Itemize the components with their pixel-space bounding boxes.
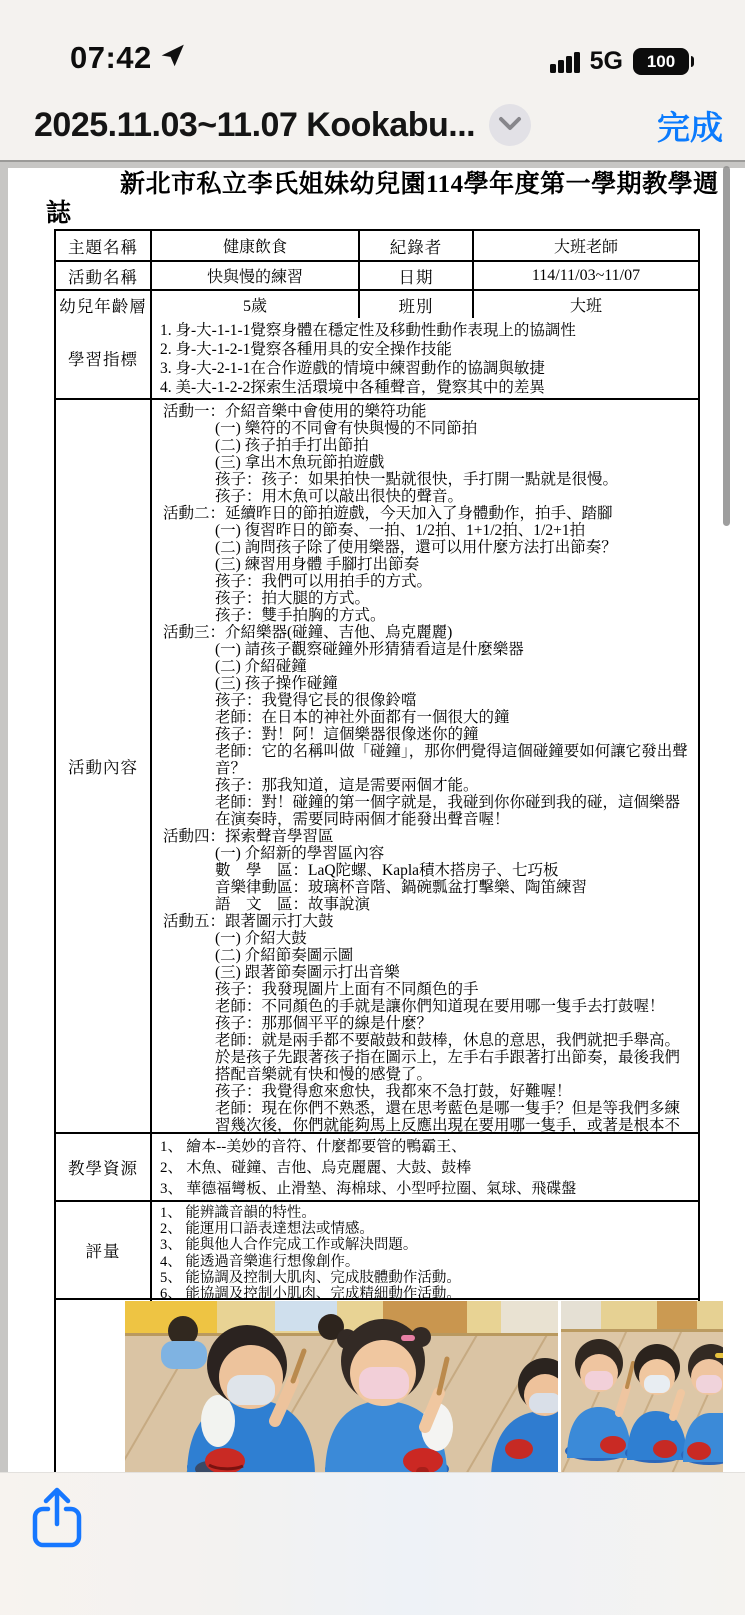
row-label: 主題名稱 [56, 231, 150, 260]
indicators-list: 1. 身-大-1-1-1覺察身體在穩定性及移動性動作表現上的協調性2. 身-大-… [150, 318, 698, 398]
content-line: 活動二：延續昨日的節拍遊戲，今天加入了身體動作，拍手、踏腳 [160, 505, 694, 522]
table-row: 幼兒年齡層 5歲 班別 大班 [56, 289, 698, 318]
content-line: (一) 樂符的不同會有快與慢的不同節拍 [160, 420, 694, 437]
content-line: 孩子：雙手拍胸的方式。 [160, 607, 694, 624]
row-label: 班別 [358, 291, 472, 318]
evaluation-item: 6、 能協調及控制小肌肉、完成精細動作活動。 [160, 1286, 694, 1298]
location-arrow-icon [160, 43, 186, 74]
content-line: 語 文 區：故事說演 [160, 896, 694, 913]
evaluation-item: 3、 能與他人合作完成工作或解決問題。 [160, 1237, 694, 1253]
content-line: 老師：不同顏色的手就是讓你們知道現在要用哪一隻手去打鼓喔！ [160, 998, 694, 1015]
battery-icon: 100 [633, 48, 689, 75]
content-line: 孩子：用木魚可以敲出很快的聲音。 [160, 488, 694, 505]
content-line: 數 學 區：LaQ陀螺、Kapla積木搭房子、七巧板 [160, 862, 694, 879]
content-line: 孩子：我覺得它長的很像鈴噹 [160, 692, 694, 709]
status-bar: 07:42 5G 100 [0, 0, 745, 90]
row-label: 活動名稱 [56, 262, 150, 289]
content-line: 老師：對！碰鐘的第一個字就是，我碰到你你碰到我的碰，這個樂器在演奏時，需要同時兩… [160, 794, 694, 828]
content-line: (二) 介紹碰鐘 [160, 658, 694, 675]
content-line: 活動五：跟著圖示打大鼓 [160, 913, 694, 930]
content-line: (三) 拿出木魚玩節拍遊戲 [160, 454, 694, 471]
done-button[interactable]: 完成 [647, 102, 733, 149]
content-line: 孩子：拍大腿的方式。 [160, 590, 694, 607]
activity-content-text: 活動一：介紹音樂中會使用的樂符功能(一) 樂符的不同會有快與慢的不同節拍(二) … [150, 400, 698, 1132]
resources-row: 教學資源 1、 繪本--美妙的音符、什麼都要管的鴨霸王、2、 木魚、碰鐘、吉他、… [56, 1132, 698, 1200]
content-line: 老師：它的名稱叫做「碰鐘」，那你們覺得這個碰鐘要如何讓它發出聲音？ [160, 743, 694, 777]
content-line: (二) 介紹節奏圖示圖 [160, 947, 694, 964]
indicators-row: 學習指標 1. 身-大-1-1-1覺察身體在穩定性及移動性動作表現上的協調性2.… [56, 318, 698, 398]
resources-list: 1、 繪本--美妙的音符、什麼都要管的鴨霸王、2、 木魚、碰鐘、吉他、烏克麗麗、… [150, 1134, 698, 1200]
table-row: 主題名稱 健康飲食 紀錄者 大班老師 [56, 231, 698, 260]
iphone-screen: { "status_bar": { "time": "07:42", "netw… [0, 0, 745, 1615]
content-line: (三) 孩子操作碰鐘 [160, 675, 694, 692]
share-icon [26, 1538, 88, 1553]
activity-content-row: 活動內容 活動一：介紹音樂中會使用的樂符功能(一) 樂符的不同會有快與慢的不同節… [56, 398, 698, 1132]
evaluation-item: 5、 能協調及控制大肌肉、完成肢體動作活動。 [160, 1270, 694, 1286]
content-line: (一) 介紹新的學習區內容 [160, 845, 694, 862]
photo-strip [125, 1301, 723, 1472]
content-line: (二) 詢問孩子除了使用樂器，還可以用什麼方法打出節奏？ [160, 539, 694, 556]
content-line: 活動一：介紹音樂中會使用的樂符功能 [160, 403, 694, 420]
signal-strength-icon [550, 51, 580, 73]
content-line: 老師：現在你們不熟悉，還在思考藍色是哪一隻手？但是等我們多練習幾次後，你們就能夠… [160, 1100, 694, 1132]
weekly-journal-title: 新北市私立李氏姐妹幼兒園114學年度第一學期教學週誌 [46, 170, 724, 228]
content-line: (一) 復習昨日的節奏、一拍、1/2拍、1+1/2拍、1/2+1拍 [160, 522, 694, 539]
scrollbar[interactable] [723, 166, 730, 526]
evaluation-label: 評量 [56, 1202, 150, 1298]
row-value: 快與慢的練習 [150, 262, 358, 289]
indicator-item: 2. 身-大-1-2-1覺察各種用具的安全操作技能 [160, 340, 694, 359]
bottom-toolbar [0, 1472, 745, 1615]
content-line: 老師：就是兩手都不要敲鼓和鼓棒，休息的意思，我們就把手舉高。 [160, 1032, 694, 1049]
content-line: 孩子：對！阿！這個樂器很像迷你的鐘 [160, 726, 694, 743]
content-line: (二) 孩子拍手打出節拍 [160, 437, 694, 454]
clock: 07:42 [70, 40, 152, 76]
row-value: 大班老師 [472, 231, 698, 260]
navbar-divider [0, 160, 745, 162]
photo-cell [150, 1300, 698, 1472]
share-button[interactable] [24, 1483, 90, 1553]
photo-row [56, 1298, 698, 1472]
content-line: (一) 請孩子觀察碰鐘外形猜猜看這是什麼樂器 [160, 641, 694, 658]
chevron-down-icon [497, 115, 523, 136]
content-line: 孩子：孩子：如果拍快一點就很快，手打開一點就是很慢。 [160, 471, 694, 488]
network-type-label: 5G [590, 47, 623, 76]
battery-percent: 100 [647, 52, 675, 72]
document-page: 新北市私立李氏姐妹幼兒園114學年度第一學期教學週誌 主題名稱 健康飲食 紀錄者… [8, 168, 745, 1472]
content-line: 孩子：我們可以用拍手的方式。 [160, 573, 694, 590]
journal-table: 主題名稱 健康飲食 紀錄者 大班老師 活動名稱 快與慢的練習 日期 114/11… [54, 229, 700, 1472]
evaluation-item: 4、 能透過音樂進行想像創作。 [160, 1254, 694, 1270]
classroom-photo-left [125, 1301, 558, 1472]
content-line: (一) 介紹大鼓 [160, 930, 694, 947]
resources-label: 教學資源 [56, 1134, 150, 1200]
evaluation-row: 評量 1、 能辨識音韻的特性。2、 能運用口語表達想法或情感。3、 能與他人合作… [56, 1200, 698, 1298]
content-line: 孩子：那那個平平的線是什麼？ [160, 1015, 694, 1032]
resource-item: 1、 繪本--美妙的音符、什麼都要管的鴨霸王、 [160, 1137, 694, 1158]
resource-item: 2、 木魚、碰鐘、吉他、烏克麗麗、大鼓、鼓棒 [160, 1158, 694, 1179]
content-line: (三) 跟著節奏圖示打出音樂 [160, 964, 694, 981]
table-row: 活動名稱 快與慢的練習 日期 114/11/03~11/07 [56, 260, 698, 289]
indicator-item: 1. 身-大-1-1-1覺察身體在穩定性及移動性動作表現上的協調性 [160, 321, 694, 340]
activity-content-label: 活動內容 [56, 400, 150, 1132]
content-line: 孩子：我覺得愈來愈快，我都來不急打鼓，好難喔！ [160, 1083, 694, 1100]
row-value: 5歲 [150, 291, 358, 318]
title-menu-button[interactable] [489, 104, 531, 146]
content-line: 活動四：探索聲音學習區 [160, 828, 694, 845]
row-value: 大班 [472, 291, 698, 318]
content-line: 於是孩子先跟著孩子指在圖示上，左手右手跟著打出節奏，最後我們搭配音樂就有快和慢的… [160, 1049, 694, 1083]
row-label: 日期 [358, 262, 472, 289]
content-line: 孩子：那我知道，這是需要兩個才能。 [160, 777, 694, 794]
content-line: 音樂律動區：玻璃杯音階、鍋碗瓢盆打擊樂、陶笛練習 [160, 879, 694, 896]
evaluation-item: 2、 能運用口語表達想法或情感。 [160, 1221, 694, 1237]
document-title: 2025.11.03~11.07 Kookabu... [34, 106, 475, 145]
row-label: 幼兒年齡層 [56, 291, 150, 318]
document-title-bar: 2025.11.03~11.07 Kookabu... 完成 [0, 90, 745, 160]
content-line: 老師：在日本的神社外面都有一個很大的鐘 [160, 709, 694, 726]
content-line: (三) 練習用身體 手腳打出節奏 [160, 556, 694, 573]
row-value: 114/11/03~11/07 [472, 262, 698, 289]
row-label: 紀錄者 [358, 231, 472, 260]
evaluation-list: 1、 能辨識音韻的特性。2、 能運用口語表達想法或情感。3、 能與他人合作完成工… [150, 1202, 698, 1298]
row-value: 健康飲食 [150, 231, 358, 260]
indicator-item: 3. 身-大-2-1-1在合作遊戲的情境中練習動作的協調與敏捷 [160, 359, 694, 378]
resource-item: 3、 華德福彎板、止滑墊、海棉球、小型呼拉圈、氣球、飛碟盤 [160, 1179, 694, 1200]
classroom-photo-right [561, 1301, 723, 1472]
content-line: 孩子：我發現圖片上面有不同顏色的手 [160, 981, 694, 998]
indicator-item: 4. 美-大-1-2-2探索生活環境中各種聲音，覺察其中的差異 [160, 378, 694, 397]
indicators-label: 學習指標 [56, 318, 150, 398]
info-rows: 主題名稱 健康飲食 紀錄者 大班老師 活動名稱 快與慢的練習 日期 114/11… [56, 231, 698, 318]
evaluation-item: 1、 能辨識音韻的特性。 [160, 1205, 694, 1221]
content-line: 活動三：介紹樂器(碰鐘、吉他、烏克麗麗) [160, 624, 694, 641]
